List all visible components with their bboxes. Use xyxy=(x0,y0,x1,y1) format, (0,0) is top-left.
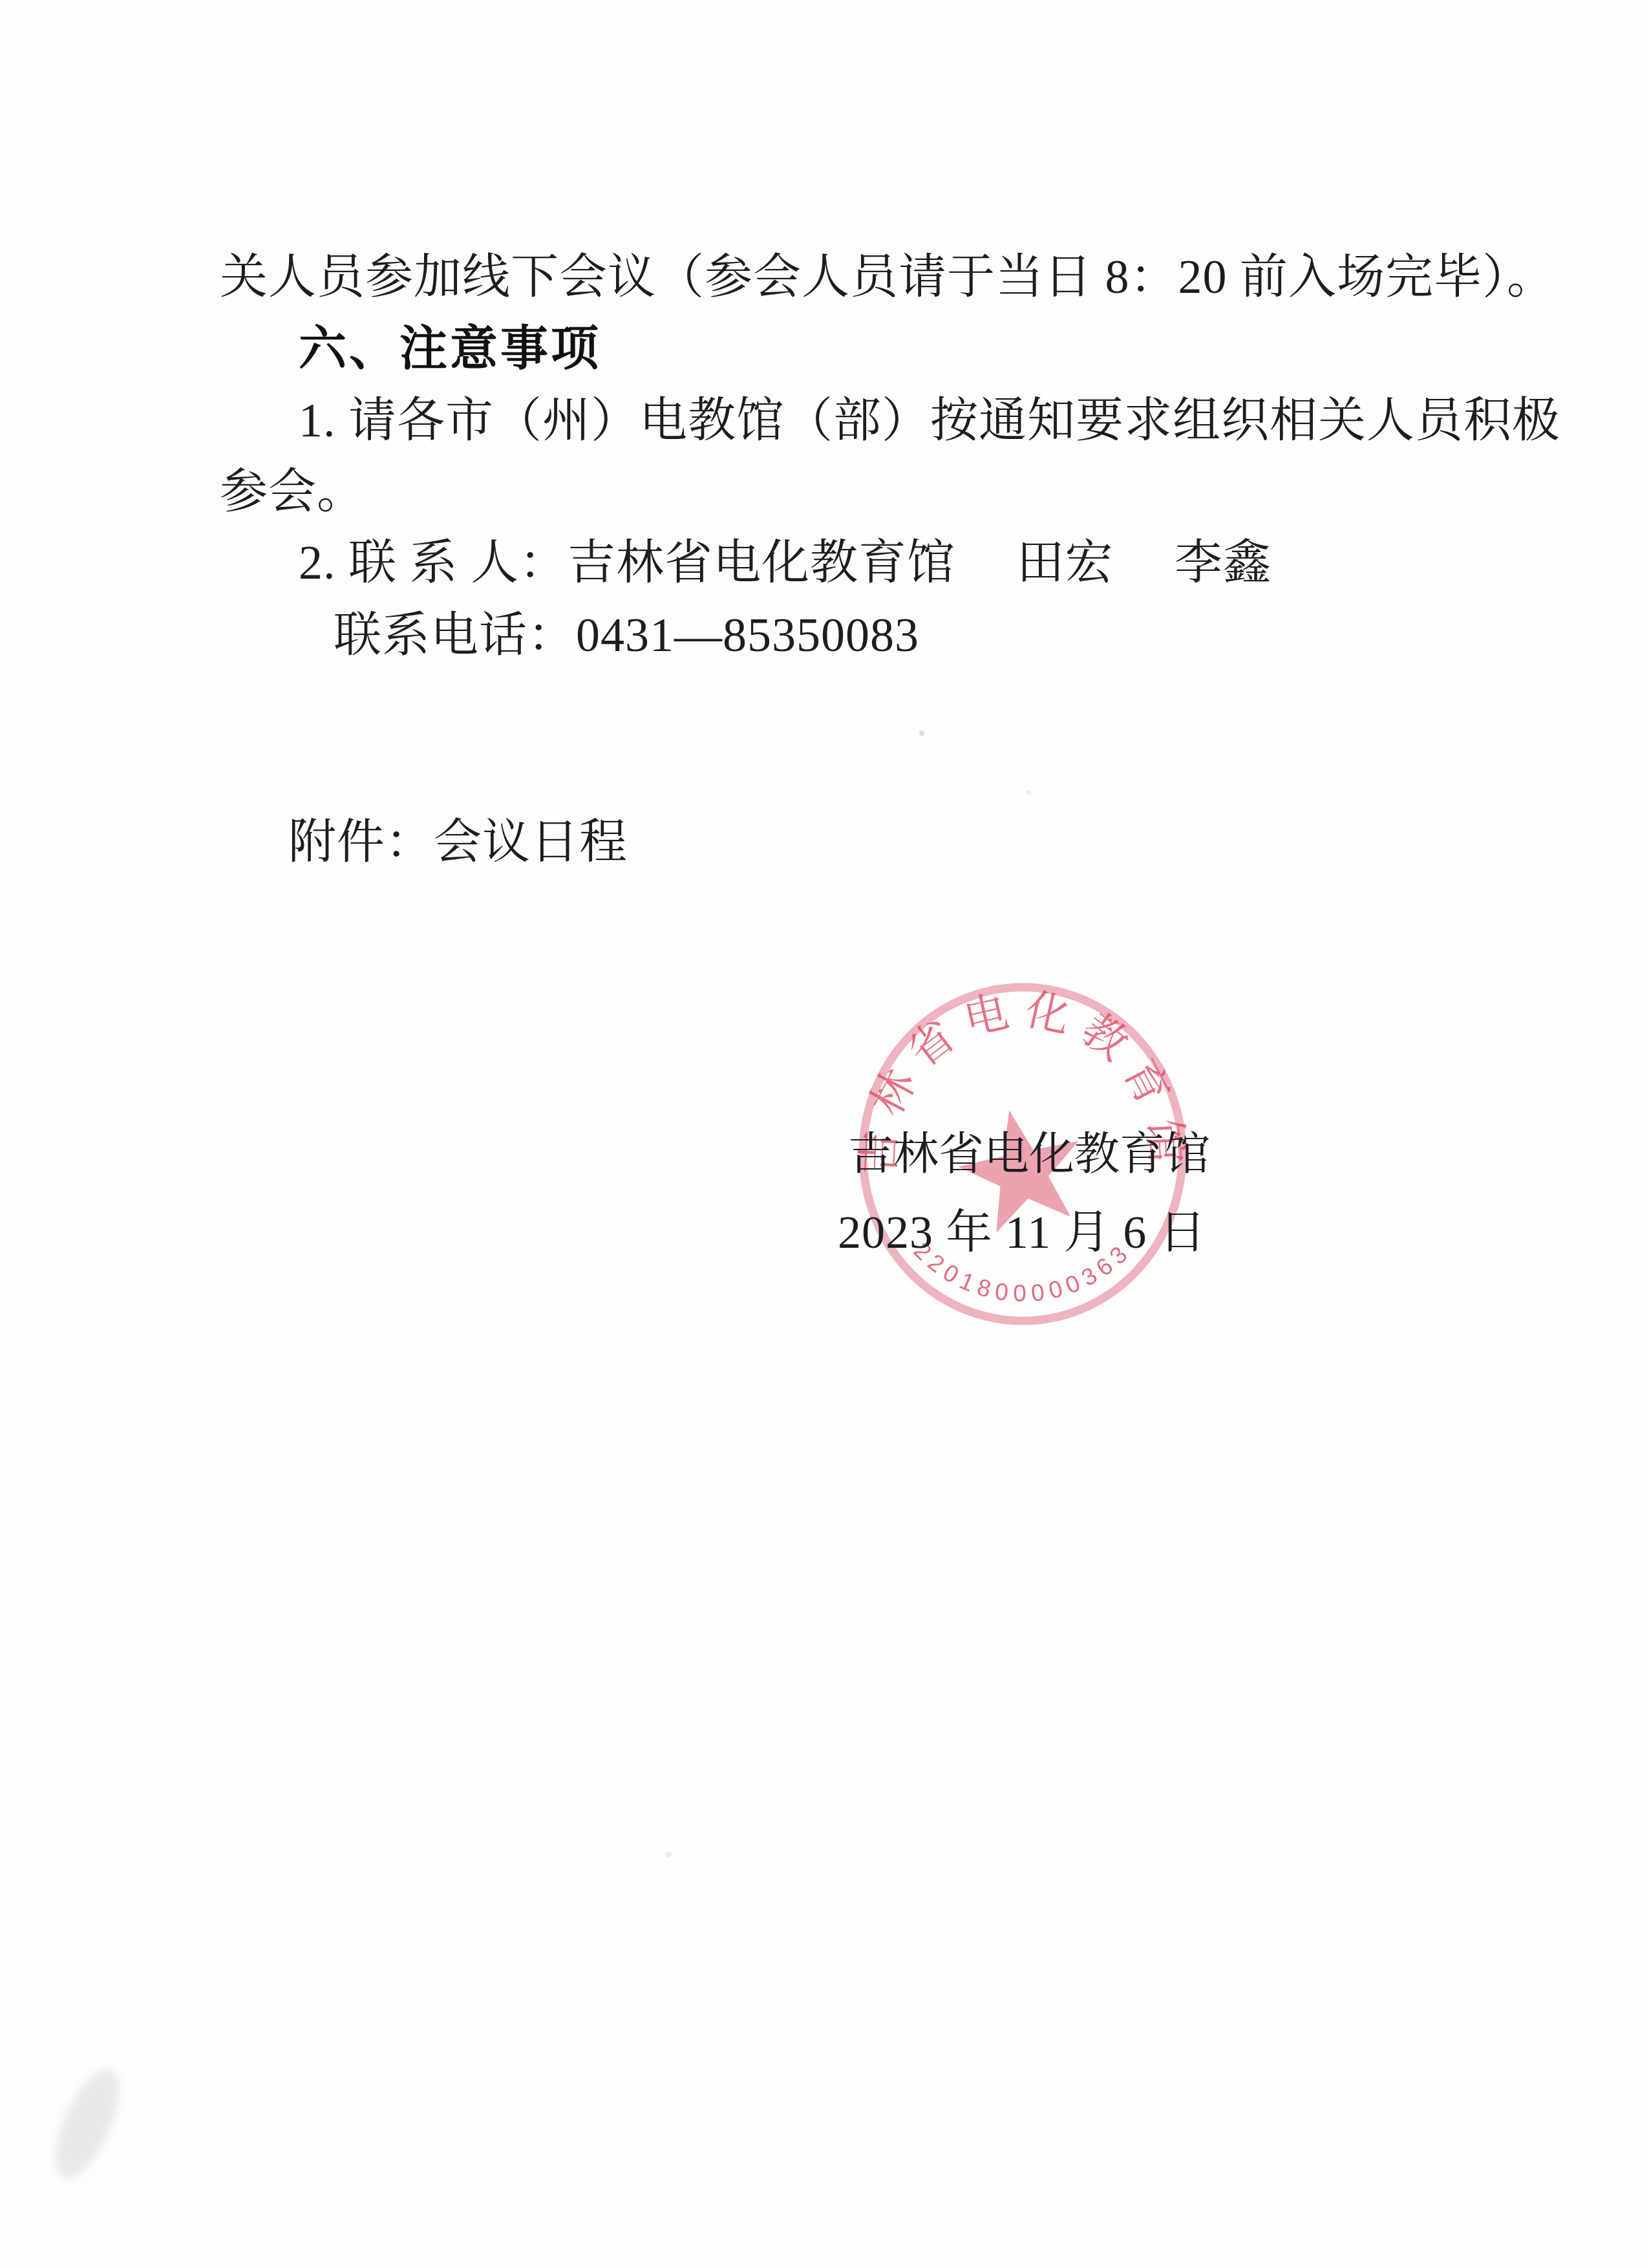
attachment-line: 附件：会议日程 xyxy=(288,818,628,866)
body-item-2-contacts: 2. 联 系 人：吉林省电化教育馆 田宏 李鑫 xyxy=(299,539,1271,587)
section-heading: 六、注意事项 xyxy=(299,325,601,372)
body-line-continuation: 关人员参加线下会议（参会人员请于当日 8：20 前入场完毕）。 xyxy=(220,253,1555,301)
body-item-1: 1. 请各市（州）电教馆（部）按通知要求组织相关人员积极 xyxy=(299,397,1560,445)
scan-smudge xyxy=(43,2062,131,2187)
signature-organization: 吉林省电化教育馆 xyxy=(848,1133,1210,1178)
scan-speck xyxy=(666,1852,672,1857)
scan-speck xyxy=(919,731,924,736)
document-page: 关人员参加线下会议（参会人员请于当日 8：20 前入场完毕）。 六、注意事项 1… xyxy=(0,0,1649,2268)
signature-date: 2023 年 11 月 6 日 xyxy=(838,1209,1206,1256)
body-phone-line: 联系电话：0431—85350083 xyxy=(334,612,919,659)
scan-speck xyxy=(1027,790,1031,795)
body-item-1-continuation: 参会。 xyxy=(220,468,365,516)
